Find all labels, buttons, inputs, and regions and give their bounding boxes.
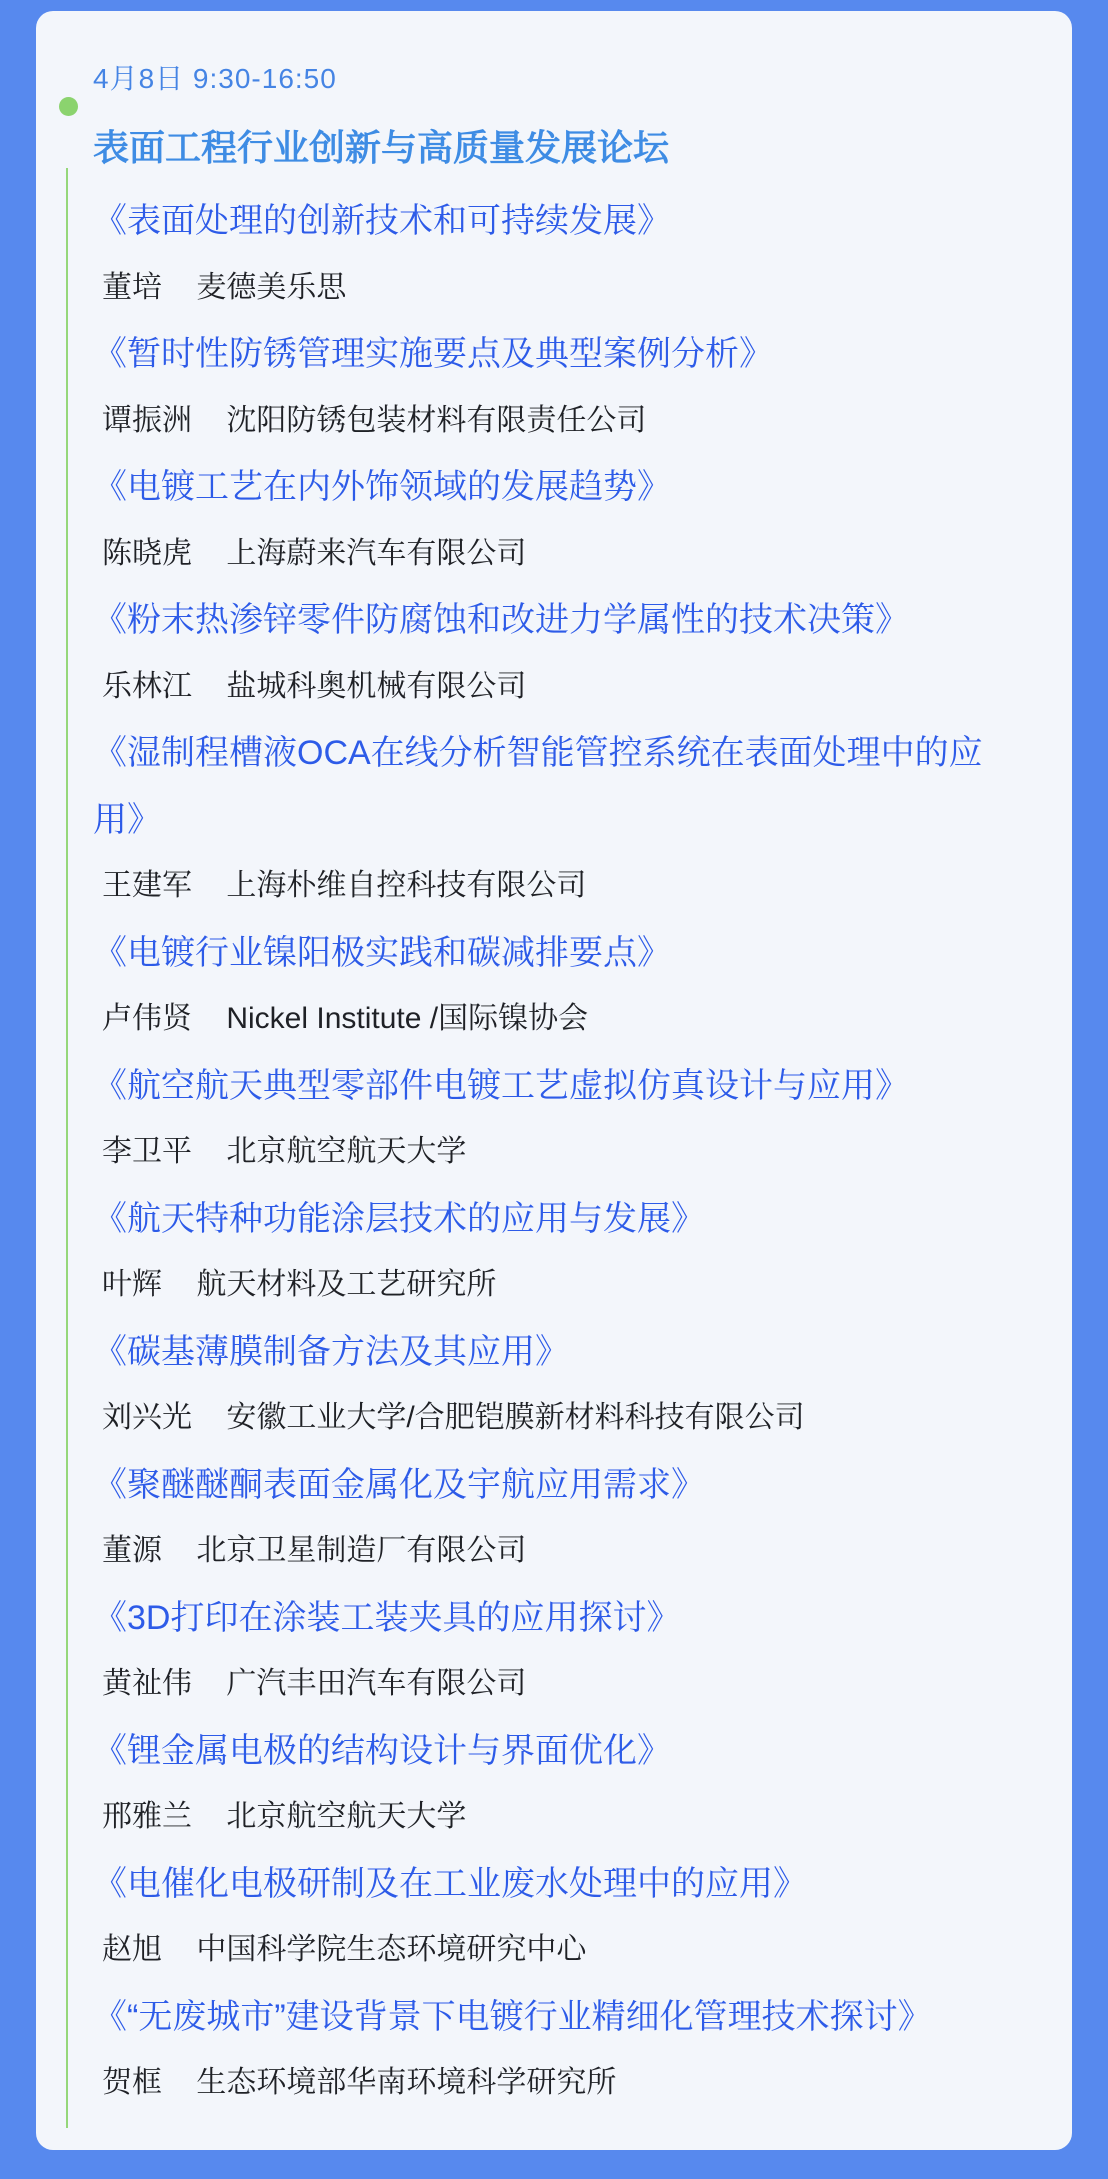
- speaker-name: 陈晓虎: [102, 537, 192, 570]
- agenda-item: 《粉末热渗锌零件防腐蚀和改进力学属性的技术决策》 乐林江 盐城科奥机械有限公司: [93, 587, 1038, 720]
- agenda-item: 《暂时性防锈管理实施要点及典型案例分析》 谭振洲 沈阳防锈包装材料有限责任公司: [93, 321, 1038, 454]
- talk-title: 《3D打印在涂装工装夹具的应用探讨》: [93, 1585, 1038, 1652]
- agenda-item: 《碳基薄膜制备方法及其应用》 刘兴光 安徽工业大学/合肥铠膜新材料科技有限公司: [93, 1319, 1038, 1452]
- speaker-name: 乐林江: [102, 670, 192, 703]
- talk-title: 《航天特种功能涂层技术的应用与发展》: [93, 1186, 1038, 1253]
- speaker-affiliation: 航天材料及工艺研究所: [196, 1268, 496, 1301]
- talk-title: 《航空航天典型零部件电镀工艺虚拟仿真设计与应用》: [93, 1053, 1038, 1120]
- speaker-affiliation: 沈阳防锈包装材料有限责任公司: [226, 404, 646, 437]
- speaker-line: 叶辉 航天材料及工艺研究所: [93, 1252, 1038, 1319]
- speaker-line: 贺框 生态环境部华南环境科学研究所: [93, 2050, 1038, 2117]
- speaker-line: 乐林江 盐城科奥机械有限公司: [93, 654, 1038, 721]
- speaker-affiliation: 北京卫星制造厂有限公司: [196, 1534, 526, 1567]
- speaker-affiliation: 上海蔚来汽车有限公司: [226, 537, 526, 570]
- speaker-affiliation: 中国科学院生态环境研究中心: [196, 1933, 586, 1966]
- agenda-item: 《电镀工艺在内外饰领域的发展趋势》 陈晓虎 上海蔚来汽车有限公司: [93, 454, 1038, 587]
- timeline-rule: [66, 168, 68, 2128]
- speaker-line: 陈晓虎 上海蔚来汽车有限公司: [93, 521, 1038, 588]
- speaker-name: 谭振洲: [102, 404, 192, 437]
- talk-title: 《碳基薄膜制备方法及其应用》: [93, 1319, 1038, 1386]
- agenda-item: 《电镀行业镍阳极实践和碳减排要点》 卢伟贤 Nickel Institute /…: [93, 920, 1038, 1053]
- talk-title: 《锂金属电极的结构设计与界面优化》: [93, 1718, 1038, 1785]
- speaker-name: 赵旭: [102, 1933, 162, 1966]
- agenda-item: 《表面处理的创新技术和可持续发展》 董培 麦德美乐思: [93, 188, 1038, 321]
- talk-title: 《聚醚醚酮表面金属化及宇航应用需求》: [93, 1452, 1038, 1519]
- speaker-affiliation: 麦德美乐思: [196, 271, 346, 304]
- agenda-item: 《锂金属电极的结构设计与界面优化》 邢雅兰 北京航空航天大学: [93, 1718, 1038, 1851]
- talk-title: 《粉末热渗锌零件防腐蚀和改进力学属性的技术决策》: [93, 587, 1038, 654]
- speaker-line: 董培 麦德美乐思: [93, 255, 1038, 322]
- agenda-item: 《聚醚醚酮表面金属化及宇航应用需求》 董源 北京卫星制造厂有限公司: [93, 1452, 1038, 1585]
- speaker-line: 董源 北京卫星制造厂有限公司: [93, 1518, 1038, 1585]
- speaker-name: 董培: [102, 271, 162, 304]
- agenda-list: 《表面处理的创新技术和可持续发展》 董培 麦德美乐思 《暂时性防锈管理实施要点及…: [93, 188, 1038, 2117]
- speaker-affiliation: 广汽丰田汽车有限公司: [226, 1667, 526, 1700]
- talk-title: 《电镀行业镍阳极实践和碳减排要点》: [93, 920, 1038, 987]
- agenda-item: 《航空航天典型零部件电镀工艺虚拟仿真设计与应用》 李卫平 北京航空航天大学: [93, 1053, 1038, 1186]
- talk-title: 《“无废城市”建设背景下电镀行业精细化管理技术探讨》: [93, 1984, 1038, 2051]
- speaker-name: 王建军: [102, 869, 192, 902]
- speaker-name: 刘兴光: [102, 1401, 192, 1434]
- speaker-line: 卢伟贤 Nickel Institute /国际镍协会: [93, 986, 1038, 1053]
- speaker-affiliation: 生态环境部华南环境科学研究所: [196, 2066, 616, 2099]
- speaker-name: 卢伟贤: [102, 1002, 192, 1035]
- speaker-affiliation: 上海朴维自控科技有限公司: [226, 869, 586, 902]
- speaker-line: 谭振洲 沈阳防锈包装材料有限责任公司: [93, 388, 1038, 455]
- speaker-name: 叶辉: [102, 1268, 162, 1301]
- speaker-line: 黄祉伟 广汽丰田汽车有限公司: [93, 1651, 1038, 1718]
- talk-title: 《湿制程槽液OCA在线分析智能管控系统在表面处理中的应 用》: [93, 720, 1038, 853]
- green-dot-icon: [59, 97, 78, 116]
- speaker-affiliation: 北京航空航天大学: [226, 1800, 466, 1833]
- speaker-line: 刘兴光 安徽工业大学/合肥铠膜新材料科技有限公司: [93, 1385, 1038, 1452]
- agenda-item: 《电催化电极研制及在工业废水处理中的应用》 赵旭 中国科学院生态环境研究中心: [93, 1851, 1038, 1984]
- speaker-name: 邢雅兰: [102, 1800, 192, 1833]
- page-background: { "colors": { "page_bg": "#5789EE", "car…: [0, 0, 1108, 2179]
- speaker-affiliation: Nickel Institute /国际镍协会: [226, 1002, 588, 1035]
- agenda-item: 《“无废城市”建设背景下电镀行业精细化管理技术探讨》 贺框 生态环境部华南环境科…: [93, 1984, 1038, 2117]
- session-date-range: 4月8日 9:30-16:50: [93, 62, 337, 96]
- speaker-name: 李卫平: [102, 1135, 192, 1168]
- speaker-affiliation: 北京航空航天大学: [226, 1135, 466, 1168]
- speaker-affiliation: 盐城科奥机械有限公司: [226, 670, 526, 703]
- speaker-line: 赵旭 中国科学院生态环境研究中心: [93, 1917, 1038, 1984]
- talk-title: 《表面处理的创新技术和可持续发展》: [93, 188, 1038, 255]
- speaker-affiliation: 安徽工业大学/合肥铠膜新材料科技有限公司: [226, 1401, 804, 1434]
- talk-title: 《暂时性防锈管理实施要点及典型案例分析》: [93, 321, 1038, 388]
- forum-title: 表面工程行业创新与高质量发展论坛: [93, 127, 669, 169]
- agenda-item: 《湿制程槽液OCA在线分析智能管控系统在表面处理中的应 用》 王建军 上海朴维自…: [93, 720, 1038, 920]
- speaker-line: 王建军 上海朴维自控科技有限公司: [93, 853, 1038, 920]
- speaker-name: 黄祉伟: [102, 1667, 192, 1700]
- agenda-item: 《3D打印在涂装工装夹具的应用探讨》 黄祉伟 广汽丰田汽车有限公司: [93, 1585, 1038, 1718]
- speaker-name: 董源: [102, 1534, 162, 1567]
- speaker-line: 李卫平 北京航空航天大学: [93, 1119, 1038, 1186]
- speaker-line: 邢雅兰 北京航空航天大学: [93, 1784, 1038, 1851]
- agenda-card: 4月8日 9:30-16:50 表面工程行业创新与高质量发展论坛 《表面处理的创…: [36, 11, 1072, 2150]
- talk-title: 《电镀工艺在内外饰领域的发展趋势》: [93, 454, 1038, 521]
- agenda-item: 《航天特种功能涂层技术的应用与发展》 叶辉 航天材料及工艺研究所: [93, 1186, 1038, 1319]
- talk-title: 《电催化电极研制及在工业废水处理中的应用》: [93, 1851, 1038, 1918]
- speaker-name: 贺框: [102, 2066, 162, 2099]
